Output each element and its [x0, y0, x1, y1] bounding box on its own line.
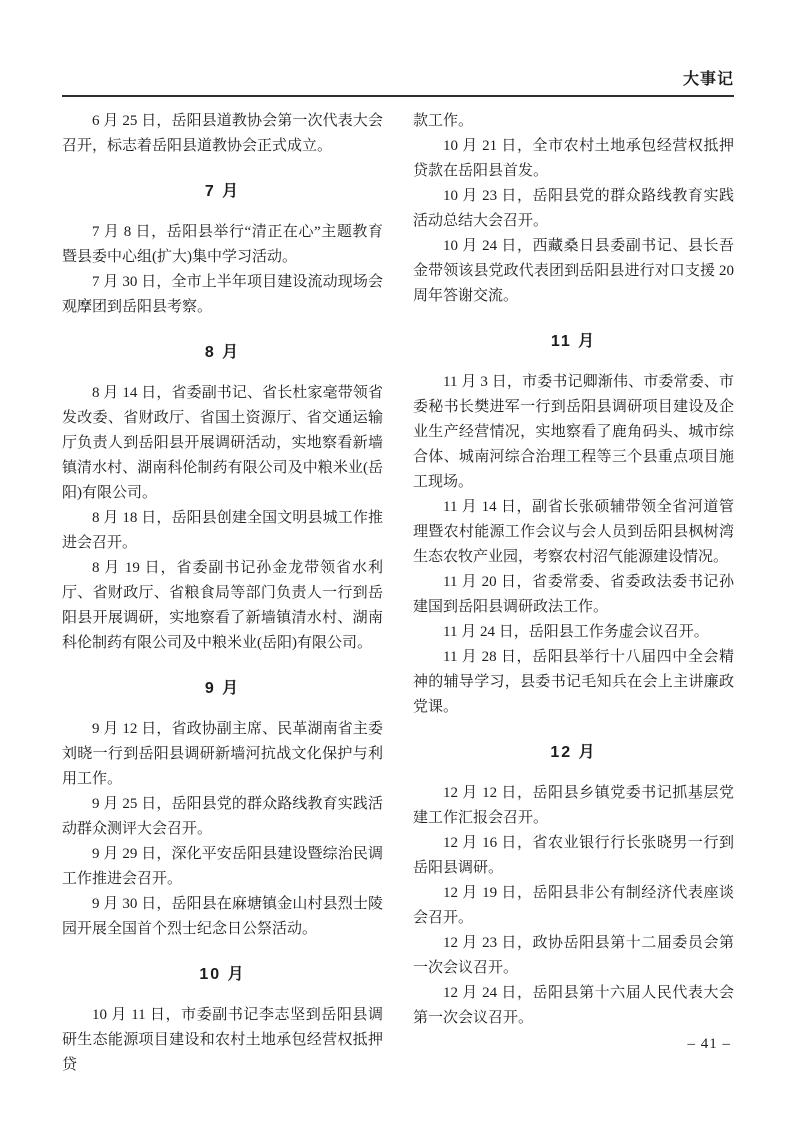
- month-heading: 10 月: [62, 962, 383, 987]
- running-head-title: 大事记: [62, 70, 734, 97]
- event-entry: 11 月 3 日，市委书记卿渐伟、市委常委、市委秘书长樊进军一行到岳阳县调研项目…: [413, 370, 734, 495]
- event-entry: 12 月 19 日，岳阳县非公有制经济代表座谈会召开。: [413, 881, 734, 931]
- event-entry: 8 月 18 日，岳阳县创建全国文明县城工作推进会召开。: [62, 506, 383, 556]
- event-entry: 6 月 25 日，岳阳县道教协会第一次代表大会召开，标志着岳阳县道教协会正式成立…: [62, 109, 383, 159]
- entry-continuation: 款工作。: [413, 109, 734, 134]
- event-entry: 8 月 14 日，省委副书记、省长杜家毫带领省发改委、省财政厅、省国土资源厅、省…: [62, 381, 383, 506]
- page-number: – 41 –: [688, 1034, 732, 1054]
- text-column-left: 6 月 25 日，岳阳县道教协会第一次代表大会召开，标志着岳阳县道教协会正式成立…: [62, 109, 383, 1078]
- event-entry: 11 月 28 日，岳阳县举行十八届四中全会精神的辅导学习，县委书记毛知兵在会上…: [413, 645, 734, 720]
- event-entry: 7 月 8 日，岳阳县举行“清正在心”主题教育暨县委中心组(扩大)集中学习活动。: [62, 220, 383, 270]
- month-heading: 8 月: [62, 340, 383, 365]
- event-entry: 10 月 11 日，市委副书记李志坚到岳阳县调研生态能源项目建设和农村土地承包经…: [62, 1003, 383, 1078]
- month-heading: 12 月: [413, 740, 734, 765]
- event-entry: 10 月 24 日，西藏桑日县委副书记、县长吾金带领该县党政代表团到岳阳县进行对…: [413, 234, 734, 309]
- two-column-text: 6 月 25 日，岳阳县道教协会第一次代表大会召开，标志着岳阳县道教协会正式成立…: [62, 109, 734, 1078]
- event-entry: 9 月 30 日，岳阳县在麻塘镇金山村县烈士陵园开展全国首个烈士纪念日公祭活动。: [62, 892, 383, 942]
- document-page: 大事记 6 月 25 日，岳阳县道教协会第一次代表大会召开，标志着岳阳县道教协会…: [0, 0, 793, 1122]
- event-entry: 9 月 29 日，深化平安岳阳县建设暨综治民调工作推进会召开。: [62, 842, 383, 892]
- page-content: 大事记 6 月 25 日，岳阳县道教协会第一次代表大会召开，标志着岳阳县道教协会…: [62, 70, 734, 1078]
- event-entry: 11 月 14 日，副省长张硕辅带领全省河道管理暨农村能源工作会议与会人员到岳阳…: [413, 495, 734, 570]
- text-column-right: 款工作。10 月 21 日，全市农村土地承包经营权抵押贷款在岳阳县首发。10 月…: [413, 109, 734, 1078]
- event-entry: 8 月 19 日，省委副书记孙金龙带领省水利厅、省财政厅、省粮食局等部门负责人一…: [62, 556, 383, 656]
- event-entry: 12 月 24 日，岳阳县第十六届人民代表大会第一次会议召开。: [413, 981, 734, 1031]
- event-entry: 11 月 24 日，岳阳县工作务虚会议召开。: [413, 620, 734, 645]
- month-heading: 7 月: [62, 179, 383, 204]
- event-entry: 10 月 21 日，全市农村土地承包经营权抵押贷款在岳阳县首发。: [413, 134, 734, 184]
- event-entry: 12 月 23 日，政协岳阳县第十二届委员会第一次会议召开。: [413, 931, 734, 981]
- event-entry: 9 月 12 日，省政协副主席、民革湖南省主委刘晓一行到岳阳县调研新墙河抗战文化…: [62, 717, 383, 792]
- event-entry: 11 月 20 日，省委常委、省委政法委书记孙建国到岳阳县调研政法工作。: [413, 570, 734, 620]
- event-entry: 7 月 30 日，全市上半年项目建设流动现场会观摩团到岳阳县考察。: [62, 270, 383, 320]
- event-entry: 10 月 23 日，岳阳县党的群众路线教育实践活动总结大会召开。: [413, 184, 734, 234]
- month-heading: 9 月: [62, 676, 383, 701]
- event-entry: 9 月 25 日，岳阳县党的群众路线教育实践活动群众测评大会召开。: [62, 792, 383, 842]
- event-entry: 12 月 12 日，岳阳县乡镇党委书记抓基层党建工作汇报会召开。: [413, 781, 734, 831]
- event-entry: 12 月 16 日，省农业银行行长张晓男一行到岳阳县调研。: [413, 831, 734, 881]
- month-heading: 11 月: [413, 329, 734, 354]
